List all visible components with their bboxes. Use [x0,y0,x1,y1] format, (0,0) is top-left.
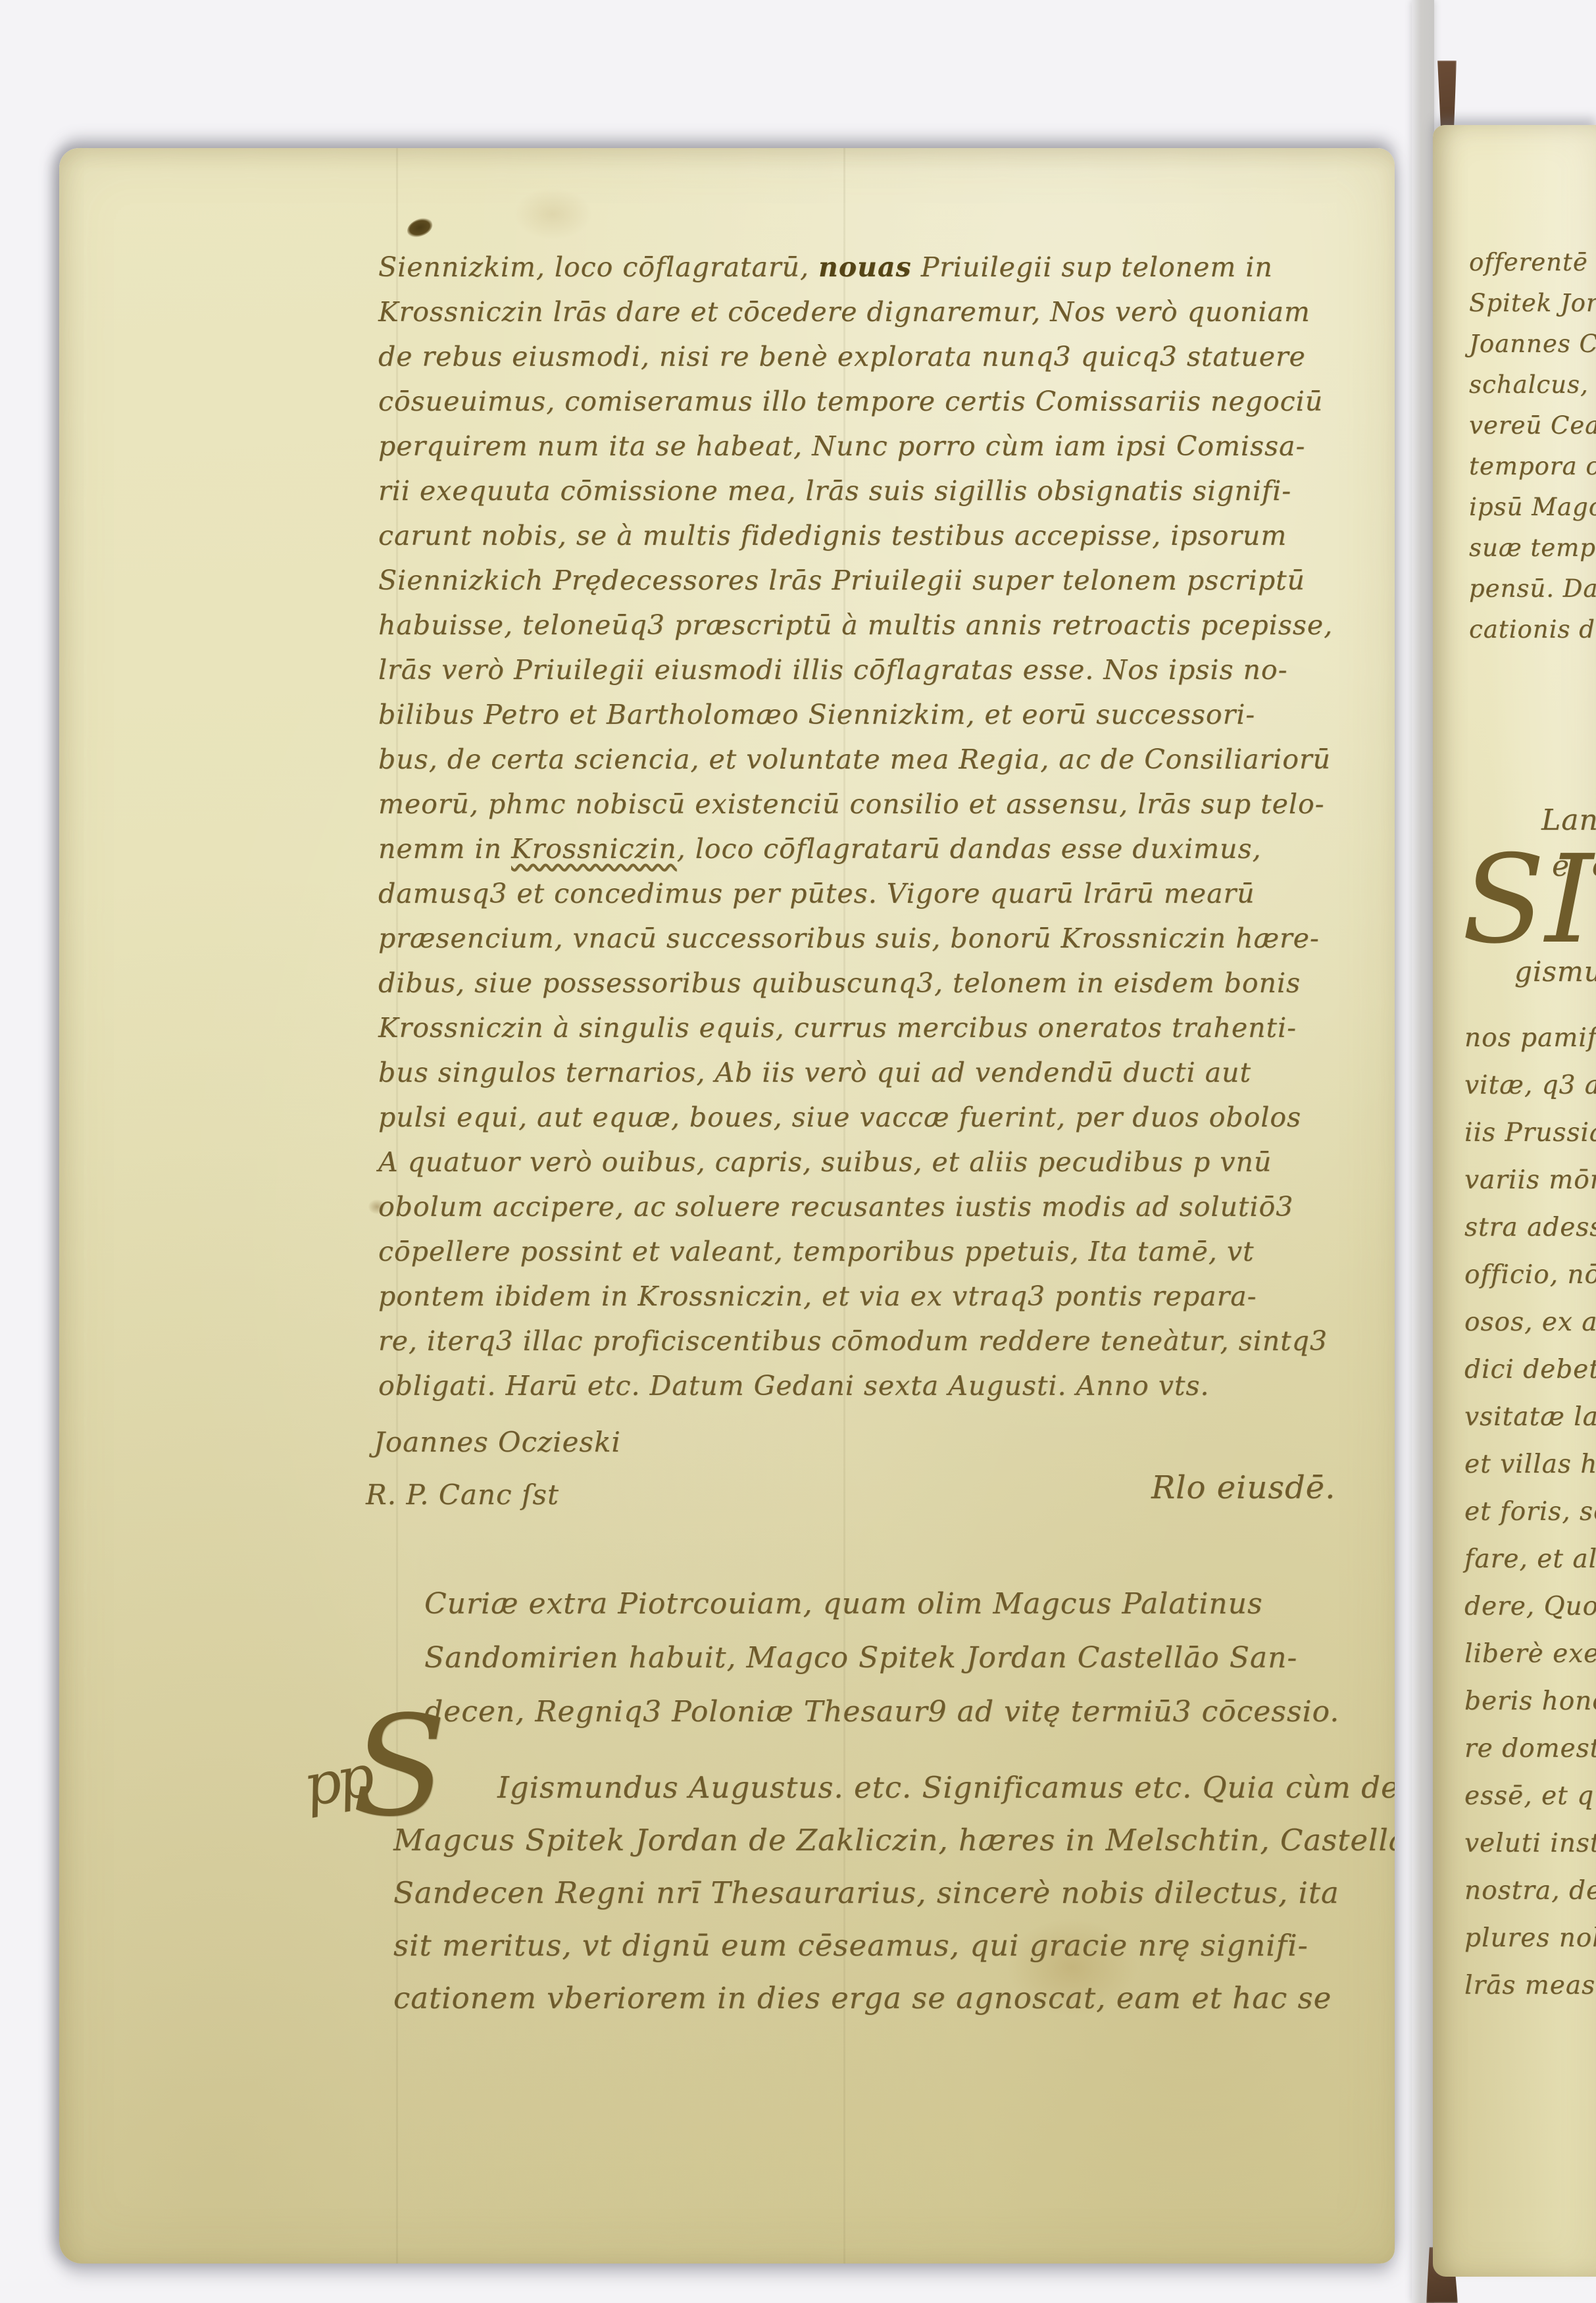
manuscript-line-fragment: tempora cōl [1469,446,1596,487]
manuscript-line-fragment: et foris, sed [1464,1488,1596,1536]
manuscript-line: A quatuor verò ouibus, capris, suibus, e… [378,1140,1365,1184]
manuscript-line: dibus, siue possessoribus quibuscunq3, t… [378,961,1365,1005]
line-text: Siennizkim, loco cōflagratarū, [378,251,818,283]
manuscript-line-fragment: stra adessē, [1464,1204,1596,1252]
manuscript-line: obligati. Harū etc. Datum Gedani sexta A… [378,1363,1365,1408]
recto-text-fragments-top: offerentē occ Spitek Jordan Joannes Con … [1469,242,1596,650]
manuscript-line: Krossniczin à singulis equis, currus mer… [378,1005,1365,1050]
manuscript-line-fragment: osos, ex adul [1464,1299,1596,1346]
signature-chancellor-title: R. P. Canc ſst [366,1479,559,1511]
drop-cap-initial: SI [1462,839,1593,961]
manuscript-line-fragment: liberè exerc [1464,1631,1596,1678]
manuscript-line-fragment: offerentē occ [1469,242,1596,283]
manuscript-line: Krossniczin lrās dare et cōcedere dignar… [378,290,1365,334]
manuscript-line: Siennizkim, loco cōflagratarū, nouas Pri… [378,245,1365,290]
manuscript-line-fragment: re domestic [1464,1725,1596,1773]
manuscript-line: cationem vberiorem in dies erga se agnos… [393,1972,1393,2025]
manuscript-line-fragment: suæ tempora [1469,528,1596,569]
manuscript-line-fragment: et villas ha [1464,1441,1596,1488]
signature-chancellor-name: Joannes Oczieski [374,1426,621,1458]
manuscript-line: bus singulos ternarios, Ab iis verò qui … [378,1050,1365,1095]
manuscript-line-fragment: essē, et quot [1464,1773,1596,1820]
line-text: , loco cōflagratarū dandas esse duximus, [677,833,1262,865]
paper-stain [513,188,592,240]
manuscript-line: pontem ibidem in Krossniczin, et via ex … [378,1274,1365,1319]
line-text: Priuilegii sup telonem in [912,251,1273,283]
document-1-text-block: Siennizkim, loco cōflagratarū, nouas Pri… [378,245,1365,1408]
act-heading-line: Curiæ extra Piotrcouiam, quam olim Magcu… [424,1577,1207,1631]
manuscript-line-fragment: vitæ, q3 ab e [1464,1062,1596,1109]
manuscript-line-fragment: officio, nō de [1464,1252,1596,1299]
manuscript-line: nemm in Krossniczin, loco cōflagratarū d… [378,826,1365,871]
manuscript-line: perquirem num ita se habeat, Nunc porro … [378,424,1365,468]
manuscript-line: re, iterq3 illac proficiscentibus cōmodu… [378,1319,1365,1363]
manuscript-line-fragment: fare, et alia [1464,1536,1596,1583]
manuscript-line-fragment: nostra, deq3 [1464,1867,1596,1915]
act-heading-line: Sandomirien habuit, Magco Spitek Jordan … [424,1631,1207,1685]
manuscript-line: bus, de certa sciencia, et voluntate mea… [378,737,1365,782]
manuscript-line: cōpellere possint et valeant, temporibus… [378,1229,1365,1274]
line-text: nemm in [378,833,511,865]
manuscript-line: Siennizkich Prędecessores lrās Priuilegi… [378,558,1365,603]
manuscript-line: obolum accipere, ac soluere recusantes i… [378,1184,1365,1229]
manuscript-line-fragment: pensū. Datū [1469,569,1596,609]
act-heading-block: Curiæ extra Piotrcouiam, quam olim Magcu… [424,1577,1207,1739]
manuscript-line: Sandecen Regni nrī Thesaurarius, sincerè… [393,1867,1393,1919]
recto-text-fragments-bottom: nos pamificieb vitæ, q3 ab e iis Prussiæ… [1464,1015,1596,2010]
manuscript-line-fragment: dici debet, v [1464,1346,1596,1394]
gutter-glass-strip [1412,0,1434,2303]
manuscript-line: Magcus Spitek Jordan de Zakliczin, hæres… [393,1814,1393,1867]
signature-relatio-note: Rlo eiusdē. [1151,1469,1335,1506]
manuscript-line-fragment: nos pamificieb [1464,1015,1596,1062]
manuscript-line: sit meritus, vt dignū eum cēseamus, qui … [393,1919,1393,1972]
manuscript-page-left: Siennizkim, loco cōflagratarū, nouas Pri… [59,148,1395,2264]
manuscript-line-fragment: dere, Quo fi [1464,1583,1596,1631]
manuscript-line: lrās verò Priuilegii eiusmodi illis cōfl… [378,647,1365,692]
manuscript-line-fragment: Spitek Jordan [1469,283,1596,324]
manuscript-line: habuisse, teloneūq3 præscriptū à multis … [378,603,1365,647]
document-2-text-block: Igismundus Augustus. etc. Significamus e… [393,1761,1393,2025]
manuscript-line-fragment: ipsū Magcū [1469,487,1596,528]
manuscript-page-right-edge: offerentē occ Spitek Jordan Joannes Con … [1433,125,1596,2277]
act-heading-line: decen, Regniq3 Poloniæ Thesaur9 ad vitę … [424,1685,1207,1739]
manuscript-line: meorū, phmc nobiscū existenciū consilio … [378,782,1365,826]
underlined-place-name: Krossniczin [511,833,677,865]
manuscript-line-fragment: veluti insti [1464,1820,1596,1867]
manuscript-line: de rebus eiusmodi, nisi re benè explorat… [378,334,1365,379]
manuscript-line-fragment: vsitatæ latit [1464,1394,1596,1441]
ink-blot [405,215,435,240]
manuscript-line-fragment: plures nob [1464,1915,1596,1962]
manuscript-line: bilibus Petro et Bartholomæo Siennizkim,… [378,692,1365,737]
manuscript-line-fragment: vereū Cear [1469,405,1596,446]
manuscript-line-fragment: beris hones [1464,1678,1596,1725]
manuscript-line: præsencium, vnacū successoribus suis, bo… [378,916,1365,961]
manuscript-line: pulsi equi, aut equæ, boues, siue vaccæ … [378,1095,1365,1140]
manuscript-line-fragment: schalcus, Lu [1469,365,1596,405]
manuscript-line-fragment: Joannes Con [1469,324,1596,365]
manuscript-line-fragment: cationis dor [1469,609,1596,650]
manuscript-line: Igismundus Augustus. etc. Significamus e… [393,1761,1393,1814]
manuscript-line-fragment: lrās meas [1464,1962,1596,2010]
manuscript-line: rii exequuta cōmissione mea, lrās suis s… [378,468,1365,513]
manuscript-line: damusq3 et concedimus per pūtes. Vigore … [378,871,1365,916]
retraced-word: nouas [818,251,912,283]
manuscript-line-fragment: gismundus A [1514,955,1596,988]
manuscript-line-fragment: iis Prussiæ [1464,1109,1596,1157]
manuscript-line-fragment: variis mōr [1464,1157,1596,1204]
manuscript-line: carunt nobis, se à multis fidedignis tes… [378,513,1365,558]
manuscript-line: cōsueuimus, comiseramus illo tempore cer… [378,379,1365,424]
